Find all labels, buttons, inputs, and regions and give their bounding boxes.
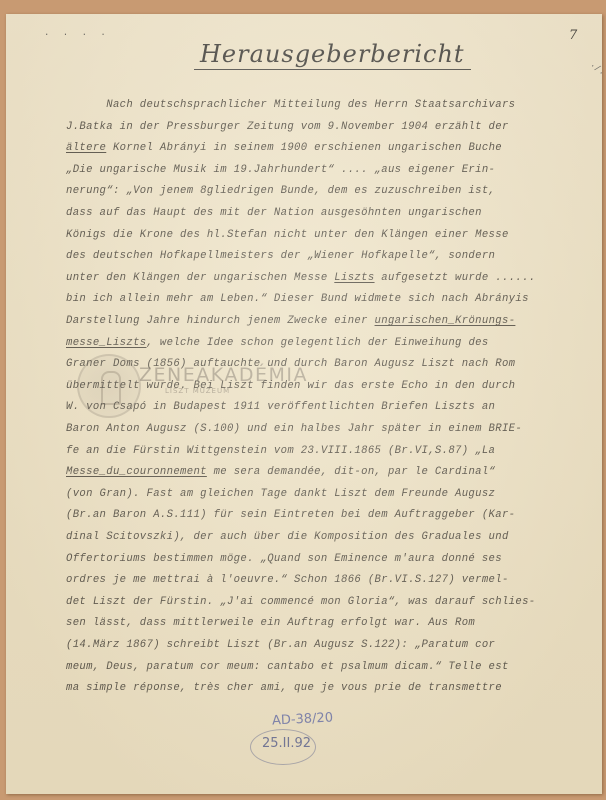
text-line-segment: meum, Deus, paratum cor meum: cantabo et… — [66, 661, 509, 673]
text-line: fe an die Fürstin Wittgenstein vom 23.VI… — [66, 445, 495, 457]
text-line: (von Gran). Fast am gleichen Tage dankt … — [66, 488, 495, 500]
text-line: unter den Klängen der ungarischen Messe … — [66, 272, 536, 284]
text-line-segment: Baron Anton Augusz (S.100) und ein halbe… — [66, 423, 522, 435]
text-line: „Die ungarische Musik im 19.Jahrhundert“… — [66, 164, 495, 176]
text-line-segment: det Liszt der Fürstin. „J'ai commencé mo… — [66, 596, 536, 608]
margin-mark: ·/. — [588, 61, 606, 78]
text-line: messe_Liszts, welche Idee schon gelegent… — [66, 337, 489, 349]
underlined-phrase: ältere — [66, 142, 106, 154]
text-line: Messe_du_couronnement me sera demandée, … — [66, 466, 495, 478]
text-line: ma simple réponse, très cher ami, que je… — [66, 682, 502, 694]
text-line: (14.März 1867) schreibt Liszt (Br.an Aug… — [66, 639, 495, 651]
text-line-segment: aufgesetzt wurde ...... — [375, 272, 536, 284]
text-line-segment: „Die ungarische Musik im 19.Jahrhundert“… — [66, 164, 495, 176]
text-line-segment: ordres je me mettrai à l'oeuvre.“ Schon … — [66, 574, 509, 586]
text-line-segment: übermittelt wurde. Bei Liszt finden wir … — [66, 380, 515, 392]
text-line: sen lässt, dass mittlerweile ein Auftrag… — [66, 617, 475, 629]
text-line-segment: (Br.an Baron A.S.111) für sein Eintreten… — [66, 509, 515, 521]
text-line-segment: dass auf das Haupt des mit der Nation au… — [66, 207, 482, 219]
text-line: Offertoriums bestimmen möge. „Quand son … — [66, 553, 502, 565]
text-line-segment: dinal Scitovszki), der auch über die Kom… — [66, 531, 509, 543]
text-line-segment: sen lässt, dass mittlerweile ein Auftrag… — [66, 617, 475, 629]
text-line: ordres je me mettrai à l'oeuvre.“ Schon … — [66, 574, 509, 586]
underlined-phrase: messe_Liszts — [66, 337, 147, 349]
underlined-phrase: Messe_du_couronnement — [66, 466, 207, 478]
text-line-segment: (von Gran). Fast am gleichen Tage dankt … — [66, 488, 495, 500]
underlined-phrase: ungarischen_Krönungs- — [375, 315, 516, 327]
text-line: W. von Csapó in Budapest 1911 veröffentl… — [66, 401, 495, 413]
page-number: 7 — [569, 28, 577, 43]
text-line: nerung“: „Von jenem 8gliedrigen Bunde, d… — [66, 185, 495, 197]
text-line-segment: Darstellung Jahre hindurch jenem Zwecke … — [66, 315, 375, 327]
text-line-segment: Königs die Krone des hl.Stefan nicht unt… — [66, 229, 509, 241]
text-line: übermittelt wurde. Bei Liszt finden wir … — [66, 380, 515, 392]
text-line-segment: (14.März 1867) schreibt Liszt (Br.an Aug… — [66, 639, 495, 651]
text-line: dinal Scitovszki), der auch über die Kom… — [66, 531, 509, 543]
text-line-segment: ma simple réponse, très cher ami, que je… — [66, 682, 502, 694]
text-line-segment: des deutschen Hofkapellmeisters der „Wie… — [66, 250, 495, 262]
inventory-number: AD-38/20 — [272, 710, 334, 728]
text-line: det Liszt der Fürstin. „J'ai commencé mo… — [66, 596, 536, 608]
text-line: Baron Anton Augusz (S.100) und ein halbe… — [66, 423, 522, 435]
corner-marks: . . . . — [44, 28, 110, 38]
text-line-segment: Graner Doms (1856) auftauchte und durch … — [66, 358, 515, 370]
text-line: Darstellung Jahre hindurch jenem Zwecke … — [66, 315, 515, 327]
text-line-segment: fe an die Fürstin Wittgenstein vom 23.VI… — [66, 445, 495, 457]
text-line: J.Batka in der Pressburger Zeitung vom 9… — [66, 121, 509, 133]
text-line: Nach deutschsprachlicher Mitteilung des … — [66, 99, 515, 111]
document-page: . . . . 7 ·/. Herausgeberbericht ZENEAKA… — [6, 14, 602, 794]
document-title: Herausgeberbericht — [194, 40, 471, 70]
text-line: dass auf das Haupt des mit der Nation au… — [66, 207, 482, 219]
text-line-segment: nerung“: „Von jenem 8gliedrigen Bunde, d… — [66, 185, 495, 197]
text-line-segment: unter den Klängen der ungarischen Messe — [66, 272, 334, 284]
text-line-segment: me sera demandée, dit-on, par le Cardina… — [207, 466, 495, 478]
text-line-segment: , welche Idee schon gelegentlich der Ein… — [147, 337, 489, 349]
text-line-segment: bin ich allein mehr am Leben.“ Dieser Bu… — [66, 293, 529, 305]
text-line: meum, Deus, paratum cor meum: cantabo et… — [66, 661, 509, 673]
text-line: Königs die Krone des hl.Stefan nicht unt… — [66, 229, 509, 241]
text-line-segment: Nach deutschsprachlicher Mitteilung des … — [66, 99, 515, 111]
text-line: des deutschen Hofkapellmeisters der „Wie… — [66, 250, 495, 262]
archive-stamp-date: 25.II.92 — [262, 736, 311, 751]
text-line-segment: J.Batka in der Pressburger Zeitung vom 9… — [66, 121, 509, 133]
text-line-segment: Kornel Abrányi in seinem 1900 erschienen… — [106, 142, 502, 154]
text-line: ältere Kornel Abrányi in seinem 1900 ers… — [66, 142, 502, 154]
text-line: (Br.an Baron A.S.111) für sein Eintreten… — [66, 509, 515, 521]
underlined-phrase: Liszts — [334, 272, 374, 284]
text-line: Graner Doms (1856) auftauchte und durch … — [66, 358, 515, 370]
text-line-segment: Offertoriums bestimmen möge. „Quand son … — [66, 553, 502, 565]
text-line-segment: W. von Csapó in Budapest 1911 veröffentl… — [66, 401, 495, 413]
text-line: bin ich allein mehr am Leben.“ Dieser Bu… — [66, 293, 529, 305]
